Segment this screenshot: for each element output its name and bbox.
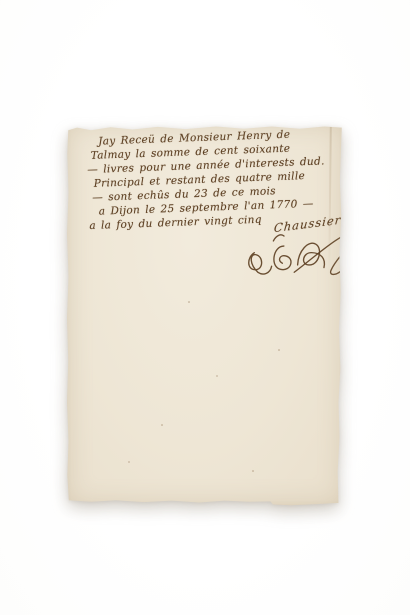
photo-background: Jay Receü de Monsieur Henry de Talmay la…	[0, 0, 410, 615]
signature: Chaussier	[238, 211, 376, 290]
foxing-speck	[252, 470, 254, 472]
foxing-speck	[216, 375, 218, 377]
manuscript-paper: Jay Receü de Monsieur Henry de Talmay la…	[66, 123, 344, 506]
signature-flourish-icon	[238, 221, 369, 292]
handwritten-text-block: Jay Receü de Monsieur Henry de Talmay la…	[88, 126, 333, 233]
foxing-speck	[188, 301, 190, 303]
foxing-speck	[128, 461, 130, 463]
foxing-speck	[161, 424, 163, 426]
paper-shadow: Jay Receü de Monsieur Henry de Talmay la…	[66, 123, 344, 506]
foxing-speck	[278, 349, 280, 351]
